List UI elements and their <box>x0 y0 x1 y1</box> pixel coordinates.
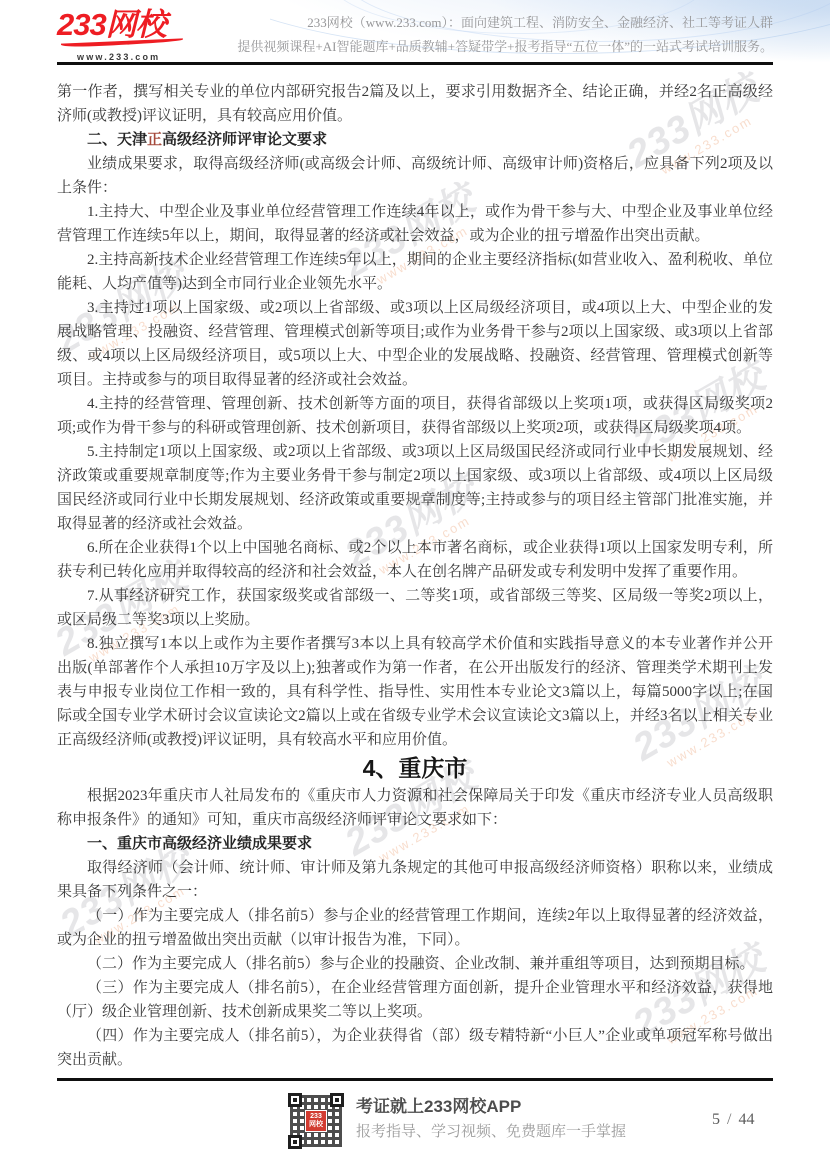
tianjin-item-4: 4.主持的经营管理、管理创新、技术创新等方面的项目，获得省部级以上奖项1项，或获… <box>57 392 773 440</box>
header-tagline-line1: 233网校（www.233.com）：面向建筑工程、消防安全、金融经济、社工等考… <box>237 11 773 35</box>
document-content: 第一作者，撰写相关专业的单位内部研究报告2篇及以上，要求引用数据齐全、结论正确，… <box>57 80 773 1072</box>
header-tagline-line2: 提供视频课程+AI智能题库+品质教辅+答疑带学+报考指导“五位一体”的一站式考试… <box>237 35 773 59</box>
header-tagline: 233网校（www.233.com）：面向建筑工程、消防安全、金融经济、社工等考… <box>237 11 773 59</box>
chongqing-item-2: （二）作为主要完成人（排名前5）参与企业的投融资、企业改制、兼并重组等项目，达到… <box>57 952 773 976</box>
document-page: 233网校 www.233.com 233网校（www.233.com）：面向建… <box>0 0 830 1175</box>
page-number-current: 5 <box>712 1111 720 1128</box>
tianjin-item-8: 8.独立撰写1本以上或作为主要作者撰写3本以上具有较高学术价值和实践指导意义的本… <box>57 632 773 752</box>
qr-center-logo: 233网校 <box>305 1110 327 1132</box>
qr-finder-icon <box>330 1093 344 1107</box>
chongqing-item-3: （三）作为主要完成人（排名前5），在企业经营管理方面创新，提升企业管理水平和经济… <box>57 976 773 1024</box>
app-qr-code: 233网校 <box>288 1093 344 1149</box>
header-divider <box>57 62 773 65</box>
qr-finder-icon <box>288 1135 302 1149</box>
tianjin-item-7: 7.从事经济研究工作，获国家级奖或省部级一、二等奖1项，或省部级三等奖、区局级一… <box>57 584 773 632</box>
tianjin-section-heading: 二、天津正高级经济师评审论文要求 <box>57 128 773 152</box>
page-number: 5/44 <box>712 1111 754 1129</box>
brand-logo: 233网校 www.233.com <box>57 9 183 64</box>
chongqing-item-4: （四）作为主要完成人（排名前5），为企业获得省（部）级专精特新“小巨人”企业或单… <box>57 1024 773 1072</box>
paragraph-intro-continuation: 第一作者，撰写相关专业的单位内部研究报告2篇及以上，要求引用数据齐全、结论正确，… <box>57 80 773 128</box>
brand-logo-url: www.233.com <box>77 52 160 62</box>
tianjin-item-5: 5.主持制定1项以上国家级、或2项以上省部级、或3项以上区局级国民经济或同行业中… <box>57 440 773 536</box>
chongqing-intro: 根据2023年重庆市人社局发布的《重庆市人力资源和社会保障局关于印发《重庆市经济… <box>57 784 773 832</box>
highlighted-char: 正 <box>147 132 162 148</box>
page-number-separator: / <box>727 1111 731 1128</box>
footer-app-title: 考证就上233网校APP <box>356 1092 521 1117</box>
tianjin-item-6: 6.所在企业获得1个以上中国驰名商标、或2个以上本市著名商标，或企业获得1项以上… <box>57 536 773 584</box>
chongqing-section-heading: 一、重庆市高级经济业绩成果要求 <box>57 832 773 856</box>
footer-app-subtitle: 报考指导、学习视频、免费题库一手掌握 <box>356 1120 626 1141</box>
qr-finder-icon <box>288 1093 302 1107</box>
tianjin-item-1: 1.主持大、中型企业及事业单位经营管理工作连续4年以上，或作为骨干参与大、中型企… <box>57 200 773 248</box>
footer-divider <box>57 1078 773 1081</box>
brand-logo-text: 233网校 <box>57 9 183 40</box>
chongqing-title: 4、重庆市 <box>57 752 773 784</box>
tianjin-item-3: 3.主持过1项以上国家级、或2项以上省部级、或3项以上区局级经济项目，或4项以上… <box>57 296 773 392</box>
page-number-total: 44 <box>738 1111 754 1128</box>
tianjin-item-2: 2.主持高新技术企业经营管理工作连续5年以上，期间的企业主要经济指标(如营业收入… <box>57 248 773 296</box>
tianjin-intro: 业绩成果要求，取得高级经济师(或高级会计师、高级统计师、高级审计师)资格后，应具… <box>57 152 773 200</box>
chongqing-item-1: （一）作为主要完成人（排名前5）参与企业的经营管理工作期间，连续2年以上取得显著… <box>57 904 773 952</box>
chongqing-section-intro: 取得经济师（会计师、统计师、审计师及第九条规定的其他可申报高级经济师资格）职称以… <box>57 856 773 904</box>
